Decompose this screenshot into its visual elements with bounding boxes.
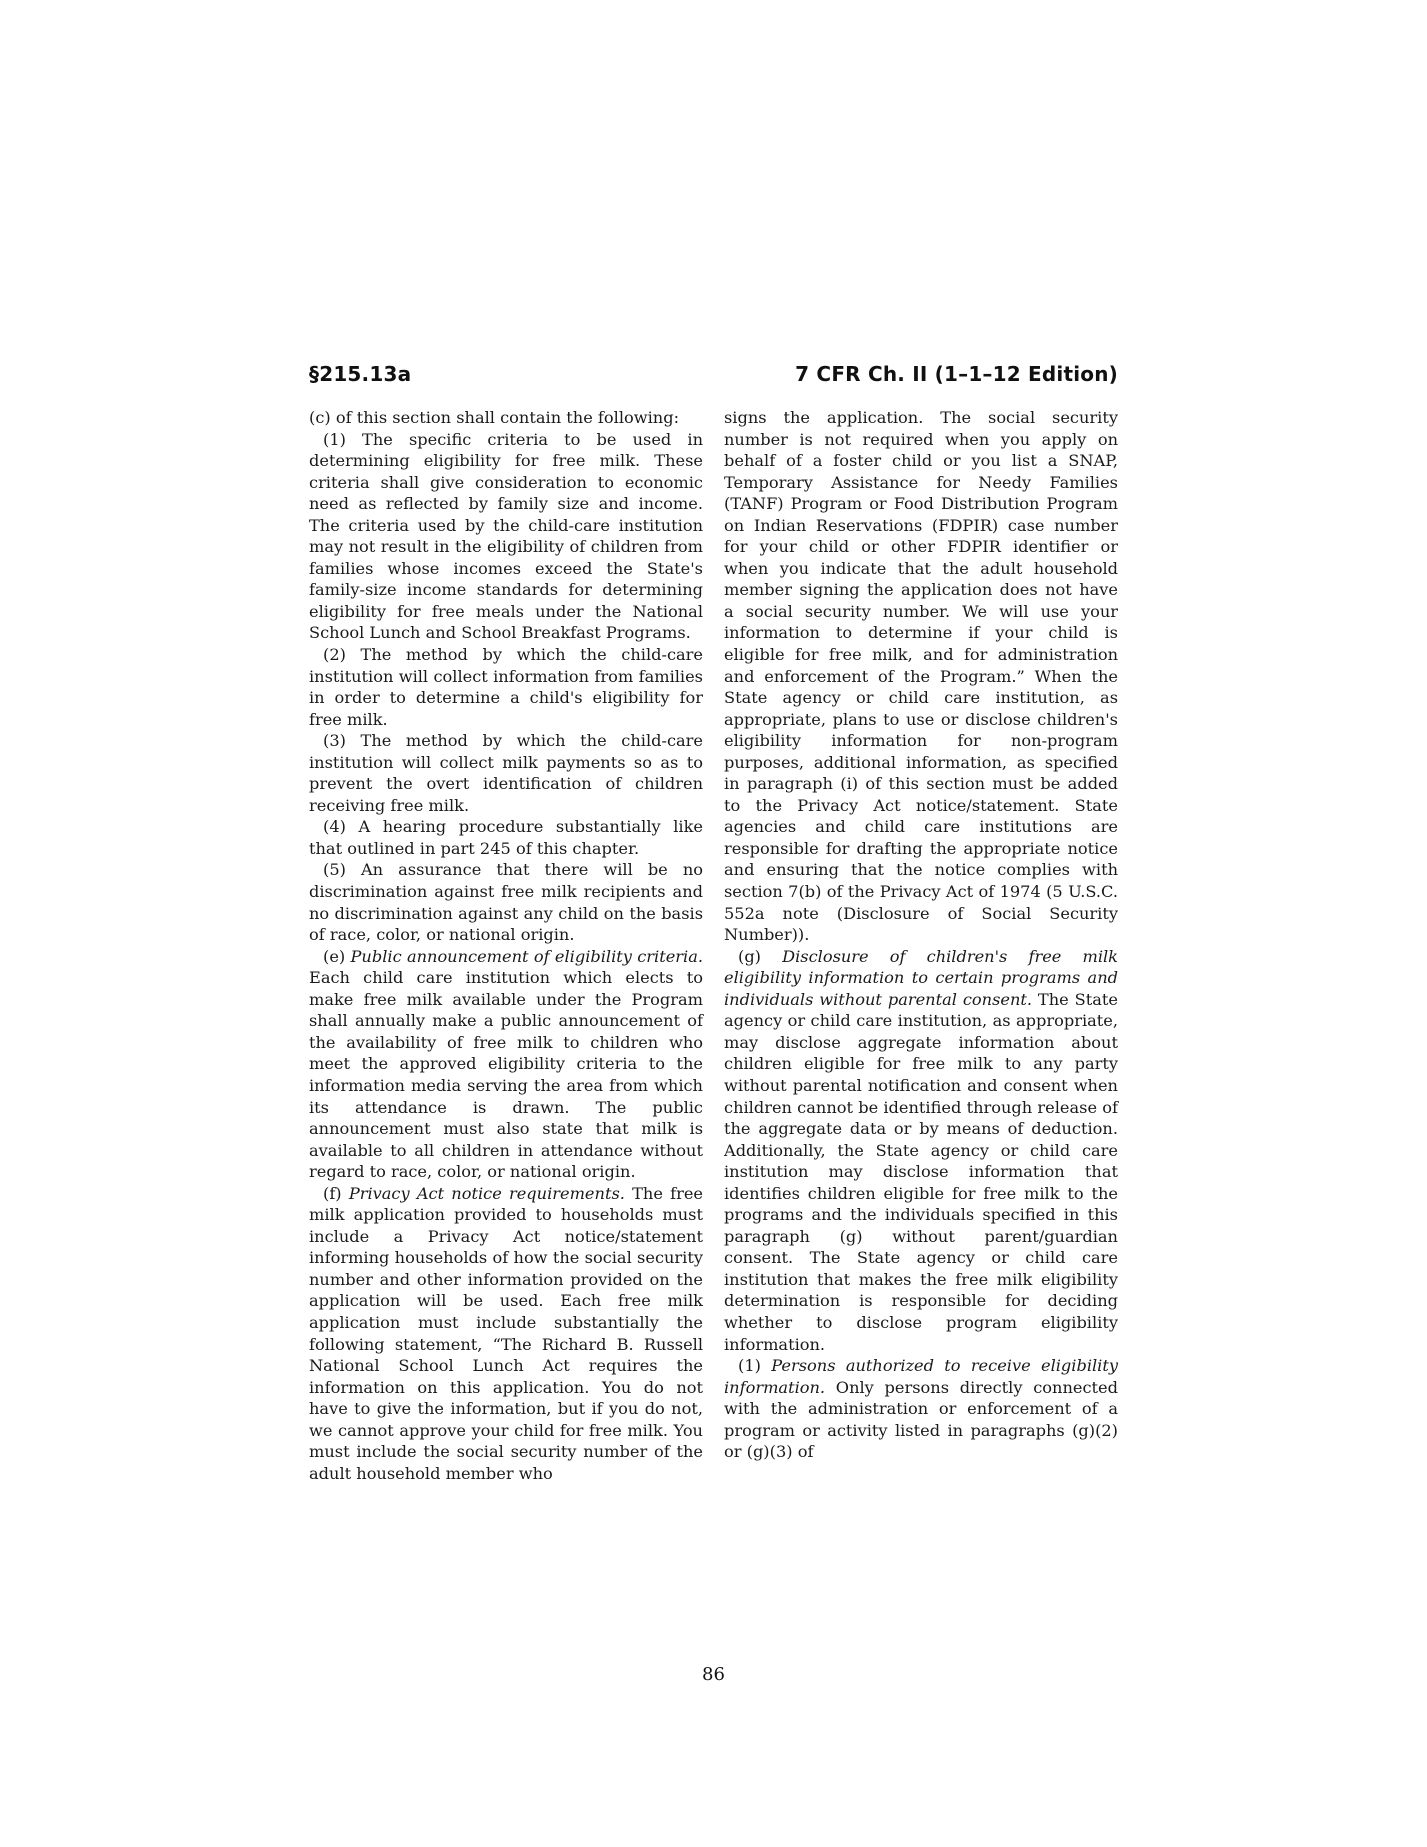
paragraph-f-label: (f) [323,1184,349,1203]
paragraph-e-heading: Public announcement of eligibility crite… [351,947,703,966]
paragraph-g-1-label: (1) [738,1356,771,1375]
left-column: (c) of this section shall contain the fo… [309,407,703,1484]
paragraph-g-1: (1) Persons authorized to receive eligib… [724,1355,1118,1463]
paragraph-e-label: (e) [323,947,351,966]
right-column: signs the application. The social securi… [724,407,1118,1463]
paragraph-g-text: The State agency or child care instituti… [724,990,1118,1354]
paragraph-2: (2) The method by which the child-care i… [309,644,703,730]
paragraph-c-continued: (c) of this section shall contain the fo… [309,407,703,429]
paragraph-1: (1) The specific criteria to be used in … [309,429,703,644]
paragraph-e: (e) Public announcement of eligibility c… [309,946,703,1183]
paragraph-4: (4) A hearing procedure substantially li… [309,816,703,859]
paragraph-g-label: (g) [738,947,782,966]
paragraph-e-text: Each child care institution which elects… [309,968,703,1181]
paragraph-f-heading: Privacy Act notice requirements. [349,1184,625,1203]
edition-title: 7 CFR Ch. II (1–1–12 Edition) [795,362,1118,386]
section-number: §215.13a [309,362,411,386]
paragraph-5: (5) An assurance that there will be no d… [309,859,703,945]
paragraph-f-continued: signs the application. The social securi… [724,407,1118,946]
paragraph-f-text: The free milk application provided to ho… [309,1184,703,1483]
page-number: 86 [0,1664,1427,1685]
paragraph-f: (f) Privacy Act notice requirements. The… [309,1183,703,1485]
paragraph-g: (g) Disclosure of children's free milk e… [724,946,1118,1355]
paragraph-3: (3) The method by which the child-care i… [309,730,703,816]
